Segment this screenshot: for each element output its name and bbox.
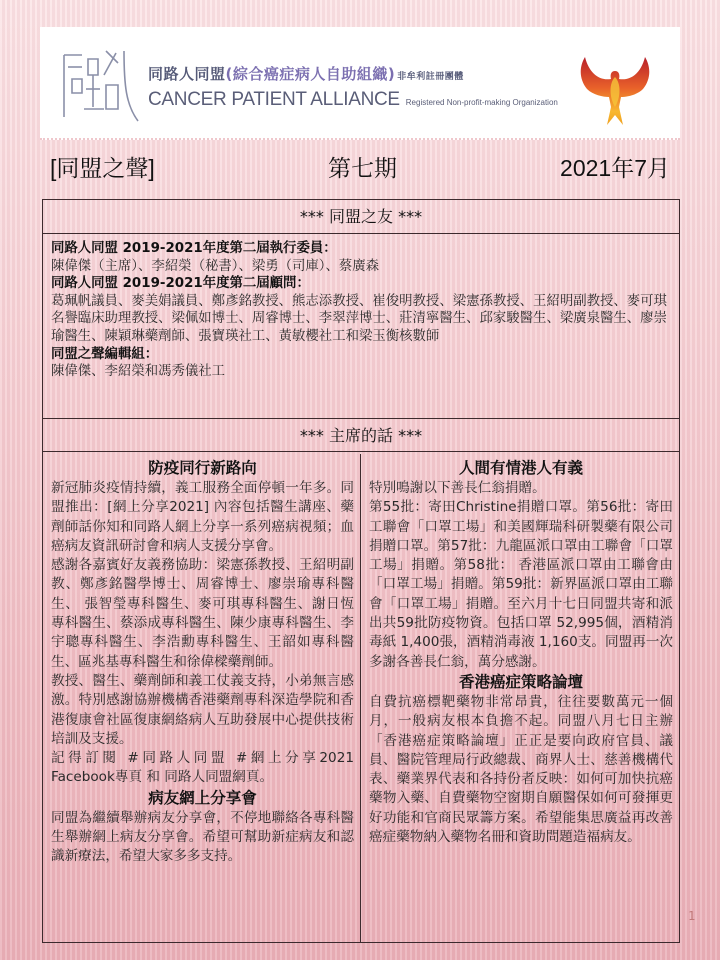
committee-members: 陳偉傑（主席）、李紹榮（秘書）、梁勇（司庫）、蔡廣森 bbox=[51, 258, 671, 276]
content-frame: *** 同盟之友 *** 同路人同盟 2019-2021年度第二屆執行委員： 陳… bbox=[42, 199, 680, 943]
org-status-zh: 非牟利註冊團體 bbox=[397, 72, 464, 82]
org-name-english: CANCER PATIENT ALLIANCERegistered Non-pr… bbox=[148, 89, 558, 111]
page-number: 1 bbox=[688, 909, 695, 923]
header-banner: 同路人同盟(綜合癌症病人自助組織)非牟利註冊團體 CANCER PATIENT … bbox=[40, 27, 680, 140]
org-name-en: CANCER PATIENT ALLIANCE bbox=[148, 89, 400, 110]
chairman-section-title: *** 主席的話 *** bbox=[43, 418, 679, 452]
advisors-label: 同路人同盟 2019-2021年度第二屆顧問： bbox=[51, 275, 671, 293]
editors-list: 陳偉傑、李紹榮和馮秀儀社工 bbox=[51, 363, 671, 381]
article-heading: 病友網上分享會 bbox=[51, 788, 354, 809]
org-description-zh: (綜合癌症病人自助組織) bbox=[226, 65, 396, 83]
issue-number: 第七期 bbox=[328, 150, 397, 183]
article-paragraph: 自費抗癌標靶藥物非常昂貴，往往要數萬元一個月，一般病友根本負擔不起。同盟八月七日… bbox=[369, 693, 673, 847]
newsletter-name: [同盟之聲] bbox=[50, 150, 155, 183]
article-paragraph: 第55批：寄田Christine捐贈口罩。第56批：寄田工聯會「口罩工場」和美國… bbox=[369, 498, 673, 672]
committee-label: 同路人同盟 2019-2021年度第二屆執行委員： bbox=[51, 240, 671, 258]
issue-date: 2021年7月 bbox=[560, 150, 670, 183]
friends-section-title: *** 同盟之友 *** bbox=[43, 200, 679, 234]
advisors-list: 葛珮帆議員、麥美娟議員、鄭彥銘教授、熊志添教授、崔俊明教授、梁憲孫教授、王紹明副… bbox=[51, 293, 671, 346]
right-column: 人間有情港人有義 特別鳴謝以下善長仁翁捐贈。 第55批：寄田Christine捐… bbox=[361, 454, 679, 942]
editors-label: 同盟之聲編輯組： bbox=[51, 346, 671, 364]
article-heading: 人間有情港人有義 bbox=[369, 458, 673, 479]
article-paragraph: 記得訂閱 #同路人同盟 #網上分享2021 Facebook專頁 和 同路人同盟… bbox=[51, 749, 354, 788]
article-heading: 香港癌症策略論壇 bbox=[369, 672, 673, 693]
article-heading: 防疫同行新路向 bbox=[51, 458, 354, 479]
phoenix-logo-icon bbox=[575, 41, 655, 129]
friends-section: 同路人同盟 2019-2021年度第二屆執行委員： 陳偉傑（主席）、李紹榮（秘書… bbox=[51, 240, 671, 381]
org-status-en: Registered Non-profit-making Organizatio… bbox=[406, 98, 558, 107]
article-paragraph: 新冠肺炎疫情持續，義工服務全面停頓一年多。同盟推出：[網上分享2021] 內容包… bbox=[51, 479, 354, 556]
tonglouren-logo-icon bbox=[60, 45, 140, 125]
article-paragraph: 感謝各嘉賓好友義務協助：梁憲孫教授、王紹明副教、鄭彥銘醫學博士、周睿博士、廖崇瑜… bbox=[51, 556, 354, 672]
article-paragraph: 教授、醫生、藥劑師和義工仗義支持，小弟無言感激。特別感謝協辦機構香港藥劑專科深造… bbox=[51, 672, 354, 749]
org-name-zh: 同路人同盟 bbox=[148, 65, 226, 83]
article-paragraph: 特別鳴謝以下善長仁翁捐贈。 bbox=[369, 479, 673, 498]
left-column: 防疫同行新路向 新冠肺炎疫情持續，義工服務全面停頓一年多。同盟推出：[網上分享2… bbox=[43, 454, 361, 942]
issue-header: [同盟之聲] 第七期 2021年7月 bbox=[50, 150, 670, 186]
article-paragraph: 同盟為繼續舉辦病友分享會，不停地聯絡各專科醫生舉辦網上病友分享會。希望可幫助新症… bbox=[51, 809, 354, 867]
org-name-chinese: 同路人同盟(綜合癌症病人自助組織)非牟利註冊團體 bbox=[148, 63, 464, 84]
